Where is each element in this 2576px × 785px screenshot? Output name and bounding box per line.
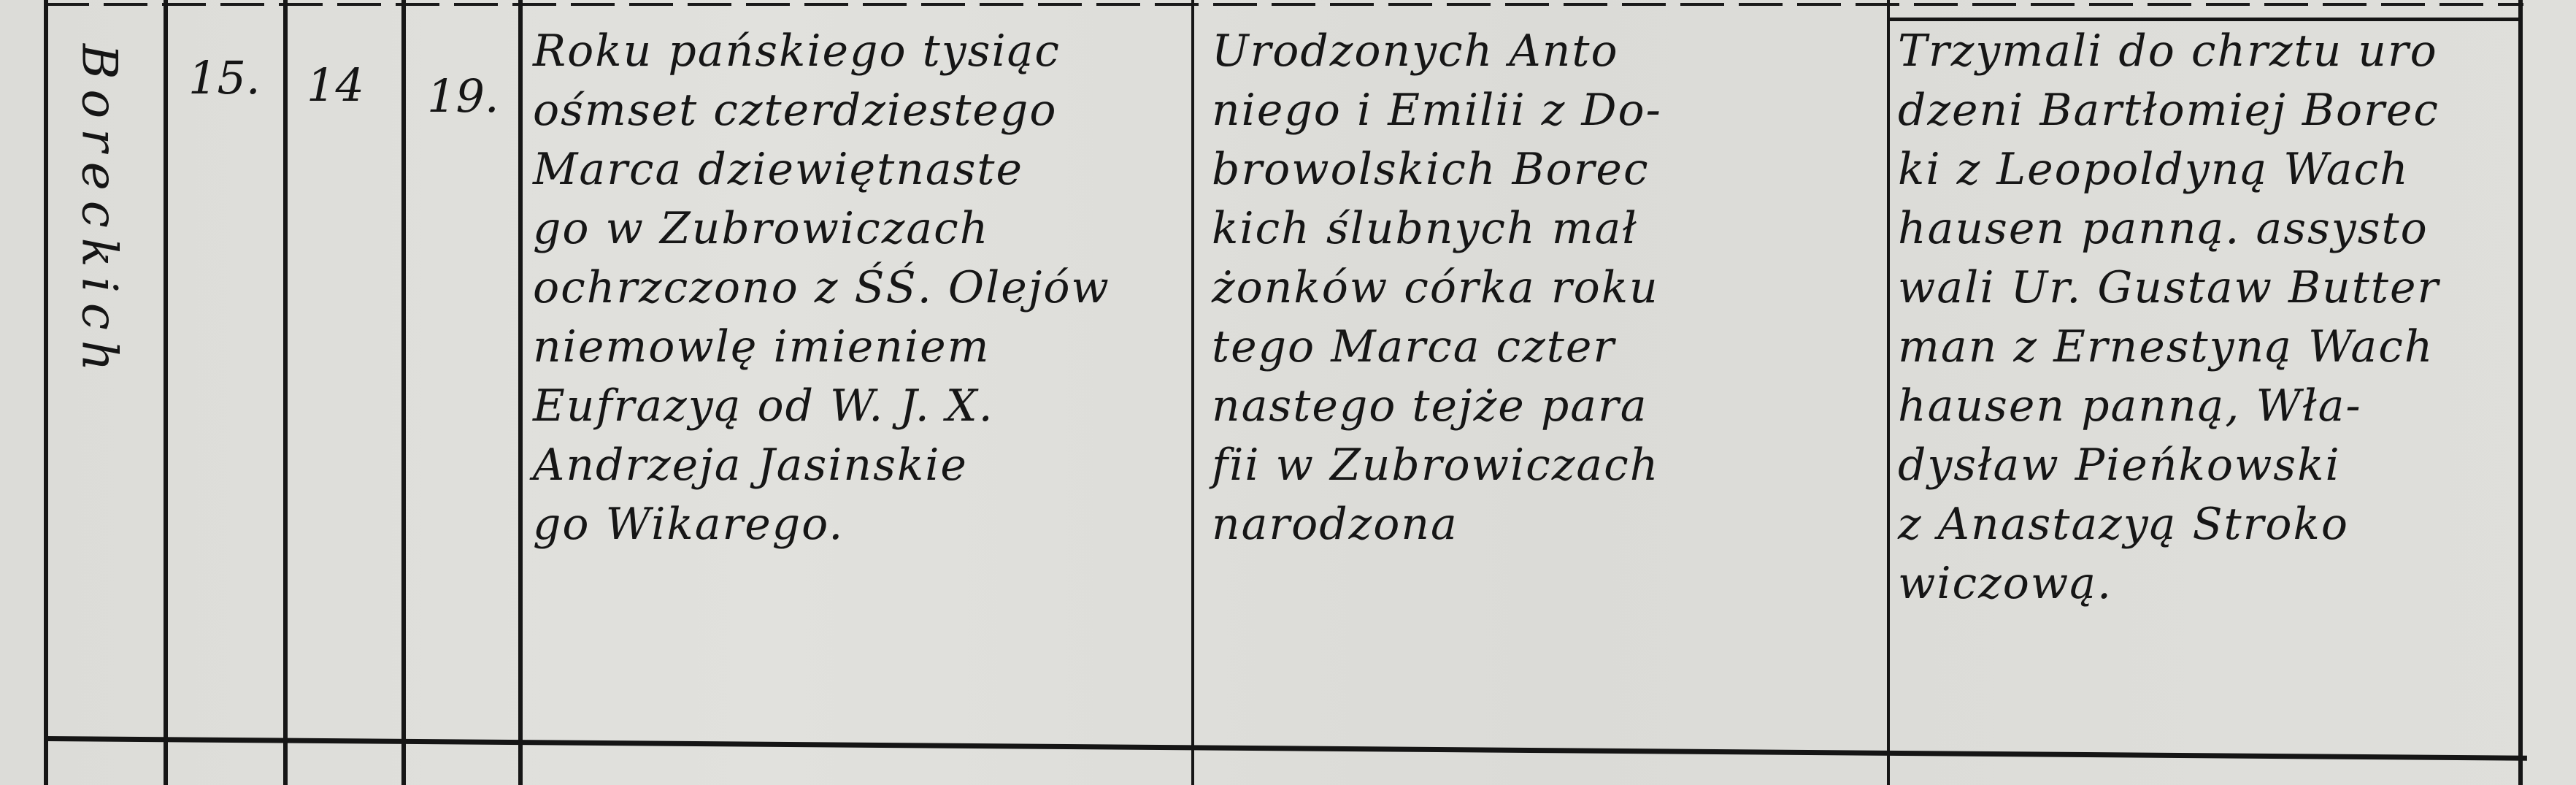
baptism-line: ośmset czterdziestego: [533, 81, 1110, 140]
godparents-line: ki z Leopoldyną Wach: [1898, 140, 2439, 199]
godparents-line: hausen panną, Wła-: [1898, 377, 2439, 436]
godparents-line: dysław Pieńkowski: [1898, 436, 2439, 495]
right-border: [2518, 0, 2523, 785]
parents-line: Urodzonych Anto: [1212, 22, 1662, 81]
baptism-line: Andrzeja Jasinskie: [533, 436, 1110, 495]
parents-line: fii w Zubrowiczach: [1212, 436, 1662, 495]
baptism-line: ochrzczono z ŚŚ. Olejów: [533, 259, 1110, 318]
register-page: Boreckich 15. 14 19. Roku pańskiego tysi…: [0, 0, 2576, 785]
baptism-line: go Wikarego.: [533, 495, 1110, 554]
parents-line: żonków córka roku: [1212, 259, 1662, 318]
column-divider-3: [283, 0, 288, 785]
godparents-line: Trzymali do chrztu uro: [1898, 22, 2439, 81]
baptism-line: niemowlę imieniem: [533, 318, 1110, 377]
godparents-line: wiczową.: [1898, 554, 2439, 613]
top-dashed-rule: [45, 3, 2523, 6]
baptism-record: Roku pańskiego tysiąc ośmset czterdziest…: [533, 22, 1110, 554]
godparents-record: Trzymali do chrztu uro dzeni Bartłomiej …: [1898, 22, 2439, 613]
parents-line: niego i Emilii z Do-: [1212, 81, 1662, 140]
column-divider-5: [518, 0, 523, 785]
baptism-line: Roku pańskiego tysiąc: [533, 22, 1110, 81]
parents-line: tego Marca czter: [1212, 318, 1662, 377]
parents-line: kich ślubnych mał: [1212, 199, 1662, 259]
parents-line: narodzona: [1212, 495, 1662, 554]
column-divider-6: [1191, 0, 1194, 785]
baptism-line: go w Zubrowiczach: [533, 199, 1110, 259]
godparents-line: wali Ur. Gustaw Butter: [1898, 259, 2439, 318]
day-number: 19.: [427, 69, 499, 123]
baptism-line: Marca dziewiętnaste: [533, 140, 1110, 199]
entry-number: 15.: [188, 51, 261, 104]
column-divider-2: [164, 0, 168, 785]
godparents-line: hausen panną. assysto: [1898, 199, 2439, 259]
baptism-line: Eufrazyą od W. J. X.: [533, 377, 1110, 436]
godparents-line: dzeni Bartłomiej Borec: [1898, 81, 2439, 140]
column-divider-7: [1887, 0, 1890, 785]
parents-line: browolskich Borec: [1212, 140, 1662, 199]
godparents-line: man z Ernestyną Wach: [1898, 318, 2439, 377]
godparents-line: z Anastazyą Stroko: [1898, 495, 2439, 554]
parents-record: Urodzonych Anto niego i Emilii z Do- bro…: [1212, 22, 1662, 554]
column-divider-4: [401, 0, 406, 785]
house-number: 14: [307, 58, 364, 112]
top-right-rule: [1887, 18, 2522, 21]
row-bottom-rule: [45, 736, 2527, 761]
surname-margin: Boreckich: [48, 44, 150, 409]
parents-line: nastego tejże para: [1212, 377, 1662, 436]
